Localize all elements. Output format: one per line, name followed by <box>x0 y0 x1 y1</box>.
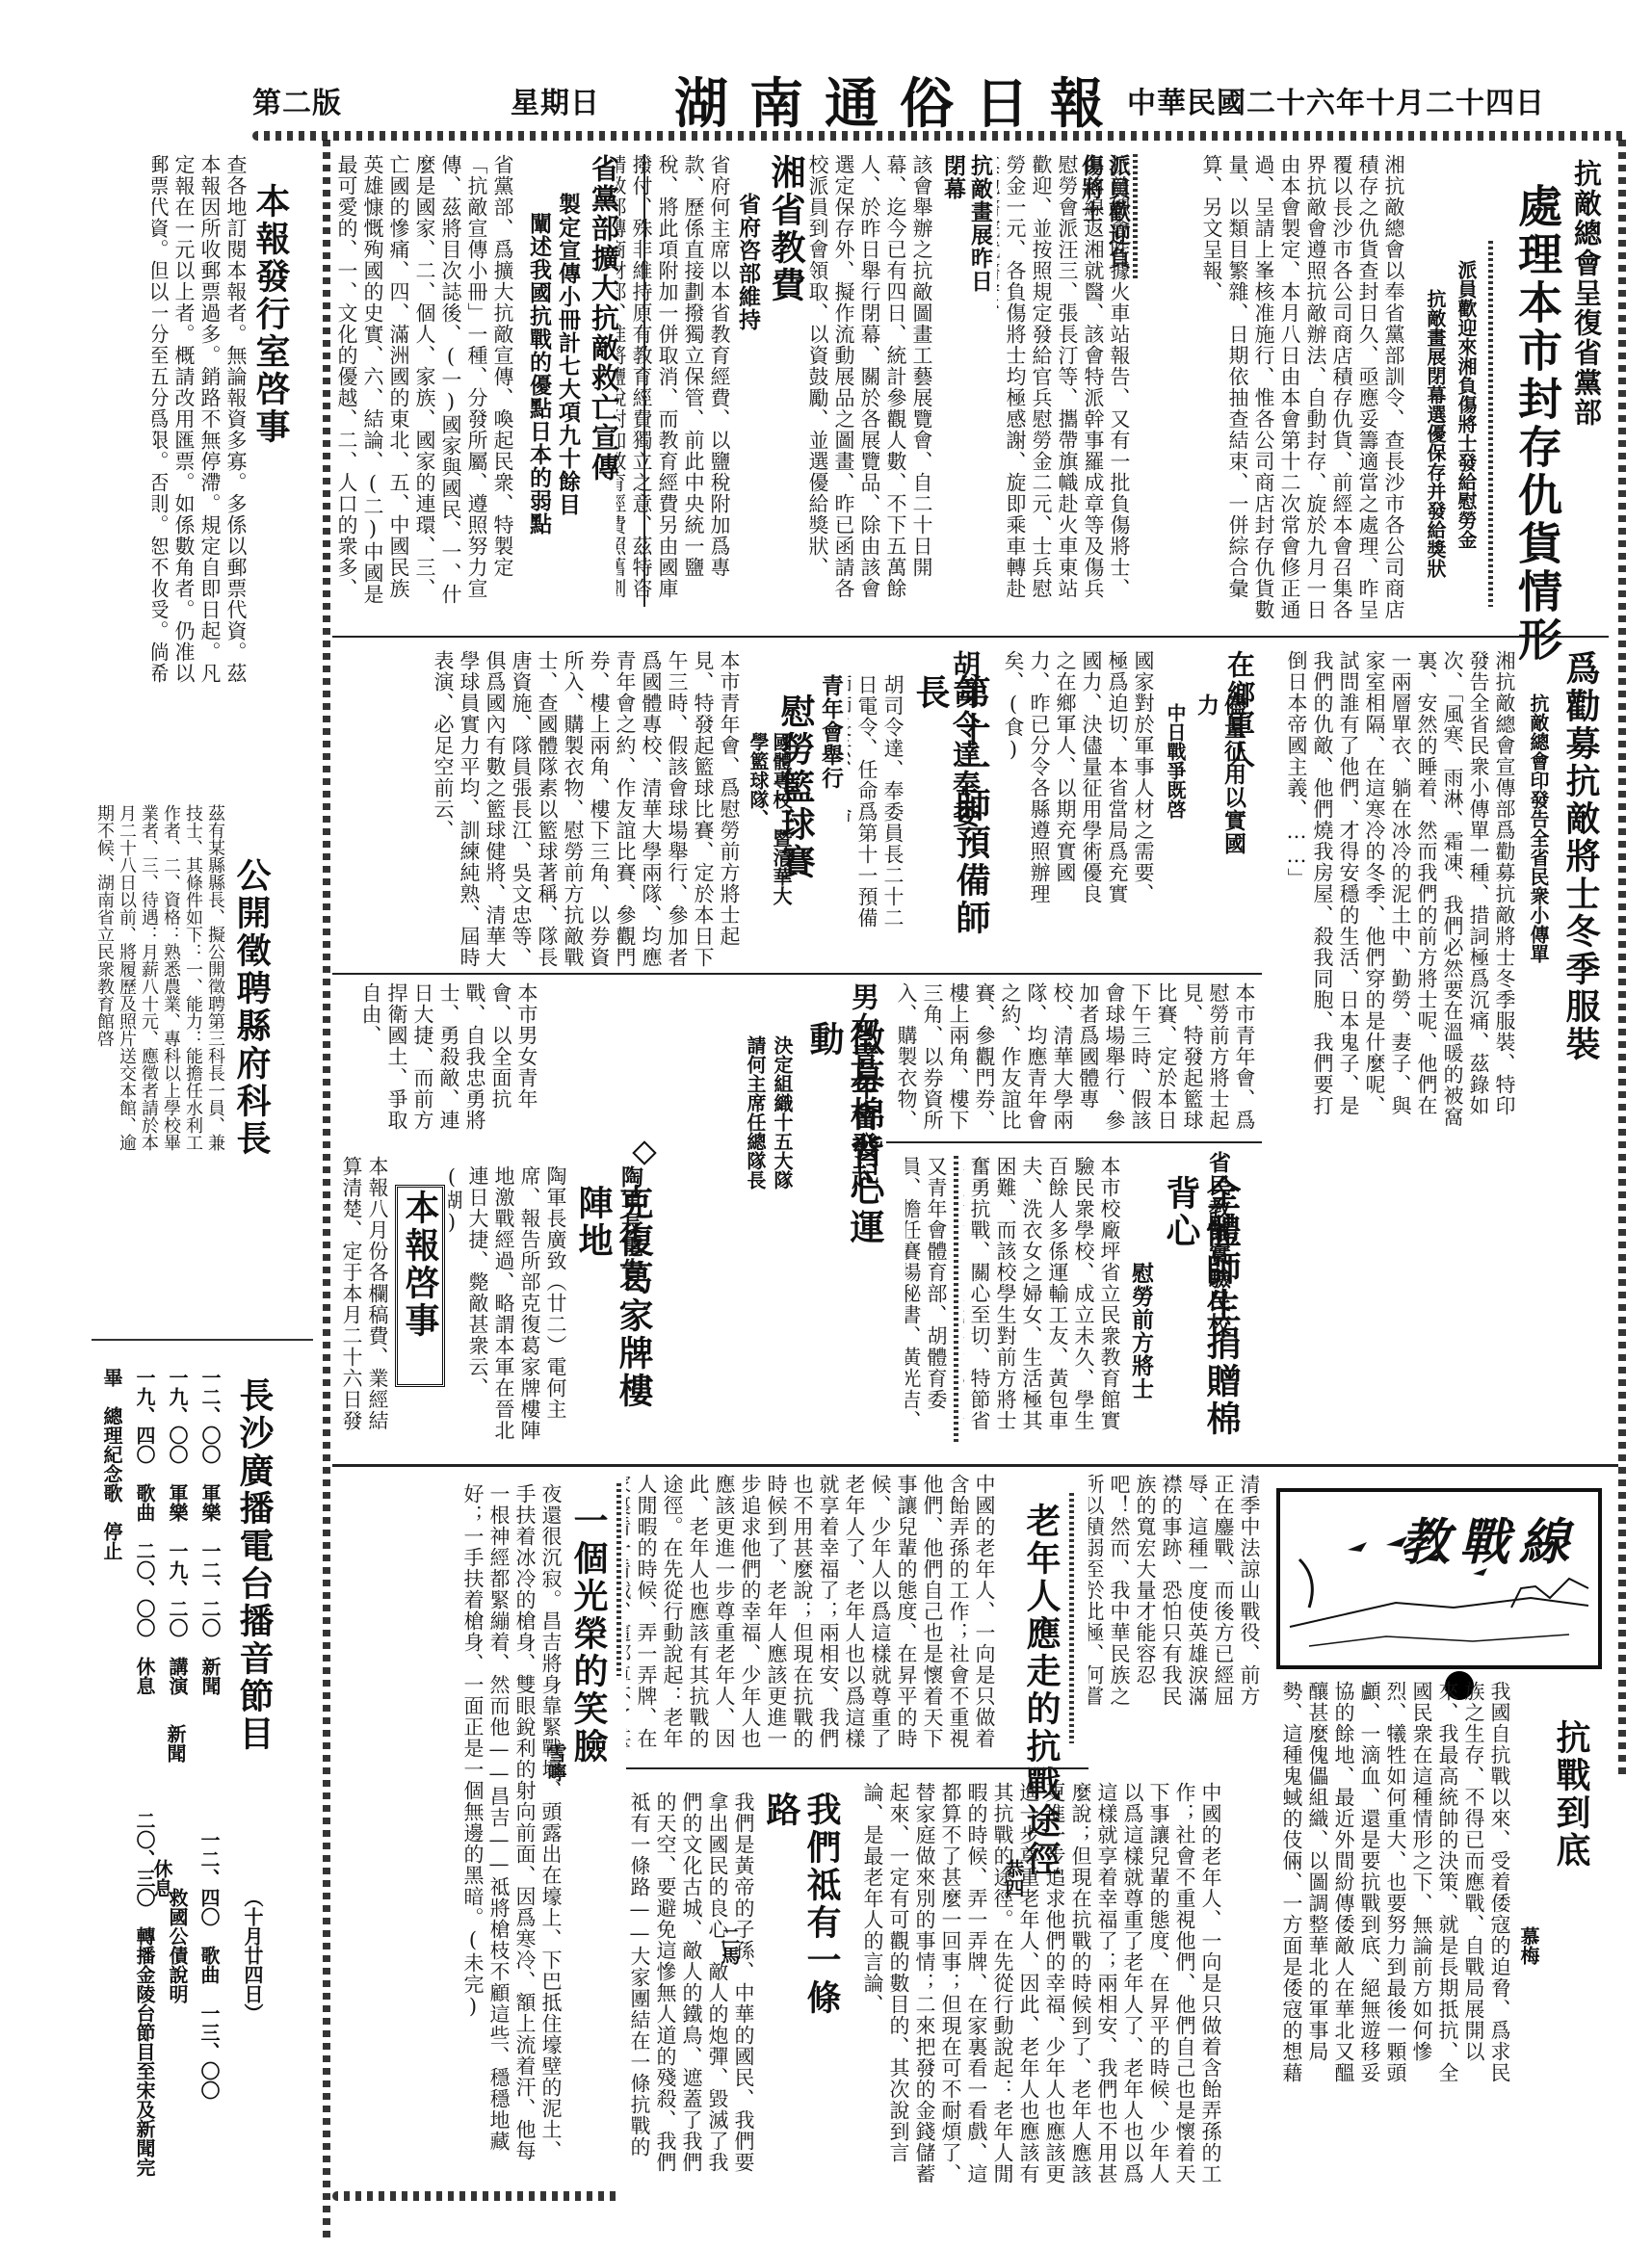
frame-right-border <box>1618 140 1626 1777</box>
divider <box>1133 154 1138 279</box>
cotton-vest-subhead: 決定組織十五大隊 <box>771 1035 794 1276</box>
diamond-ornament <box>632 1140 656 1164</box>
war-illustration: 教戰線 <box>1276 1488 1602 1669</box>
radio-row-bond: 救國公債說明 <box>166 1888 189 2080</box>
section-divider <box>332 1464 1618 1467</box>
dotted-divider <box>643 154 645 607</box>
weekday-label: 星期日 <box>511 79 600 121</box>
notice-fees-body: 本報八月份各欄稿費、業經結算清楚、定于本月二十六日發放、屆時希各通訊社暨副刊、惠… <box>337 1156 390 1445</box>
teachers-students-headline: 全體師生捐贈棉背心 <box>1161 1175 1242 1454</box>
cotton-vest-subhead-2: 請何主席任總隊長 <box>744 1035 767 1276</box>
divider <box>1488 241 1493 607</box>
reserve-division-headline: 第十一師預備師長 <box>910 674 991 963</box>
one-road-body: 我們是黃帝的子孫、中華的國民、我們要拿出國民的良心！敵人的炮彈、毀滅了我們的文化… <box>626 1792 756 2177</box>
cotton-vest-headline: 徵募棉背心運動 <box>804 1021 885 1262</box>
radio-row: 一九、〇〇 軍樂 一九、二〇 講演 <box>166 1368 189 1695</box>
frame-bottom-border <box>332 2191 621 2201</box>
section-divider <box>886 1141 1262 1143</box>
propaganda-subhead-2: 闡述我國抗戰的優點日本的弱點 <box>525 212 552 636</box>
section-divider <box>626 1767 1088 1769</box>
radio-row: 一九、四〇 歌曲 二〇、〇〇 休息 <box>133 1368 156 1695</box>
teachers-students-body: 本市校廠坪省立民衆教育館實驗民衆學校、成立未久、學生百餘人多係運輸工友、黃包車夫… <box>963 1156 1122 1445</box>
fight-to-end-headline: 抗戰到底 <box>1551 1719 1591 2085</box>
winter-clothing-headline: 爲勸募抗敵將士冬季服裝 <box>1560 650 1601 1112</box>
education-funds-body: 省府何主席以本省教育經費、以鹽稅附加爲專款、歷係直接劃撥獨立保管、前此中央統一鹽… <box>616 154 732 607</box>
propaganda-headline: 省黨部擴大抗敵救亡宣傳 <box>588 154 620 616</box>
one-road-headline: 我們祗有一條路 <box>761 1792 842 2032</box>
divider <box>954 1156 958 1445</box>
education-funds-headline: 湘省教費 <box>766 154 806 337</box>
edition-label: 第二版 <box>252 79 342 121</box>
propaganda-body: 省黨部、爲擴大抗敵宣傳、喚起民衆、特製定「抗敵宣傳小冊」一種、分發所屬、遵照努力… <box>337 154 515 607</box>
circulation-notice-title: 本報發行室啓事 <box>250 183 291 530</box>
fight-to-end-author: 慕梅 <box>1517 1926 1540 1984</box>
recruitment-body: 茲有某縣縣長、擬公開徵聘第三科長一員、兼技士、其條件如下：一、能力：能擔任水利工… <box>92 804 226 1161</box>
youth-association-body: 又青年會體育部、胡體育委員、擔任賽場秘書、黃光吉、劉南山、潘叔葵、張長澄、李漢英… <box>905 1156 949 1445</box>
circulation-notice-body: 查各地訂閱本報者。無論報資多寡。多係以郵票代資。茲本報因所收郵票過多。銷路不無停… <box>152 154 249 693</box>
glorious-smile-body: 夜還很沉寂。昌吉將身靠緊戰壕、頭露出在壕上、下巴抵住壕壁的泥土、手扶着冰冷的槍身… <box>337 1483 564 2177</box>
newspaper-title: 湖南通俗日報 <box>674 62 1125 139</box>
recruitment-title: 公開徵聘縣府科長 <box>231 857 272 1223</box>
divider <box>92 1339 313 1341</box>
wounded-soldiers-body: 抗敵總會昨據火車站報告、又有一批負傷將士、由前線返湘就醫、該會特派幹事羅成章等及… <box>997 154 1132 607</box>
propaganda-subhead: 製定宣傳小冊計七大項九十餘目 <box>554 193 581 616</box>
winter-clothing-subhead: 抗敵總會印發告全省民衆小傳單 <box>1527 693 1550 1108</box>
section-divider <box>332 636 1609 638</box>
issue-date: 中華民國二十六年十月二十四日 <box>1127 79 1545 121</box>
reserve-division-body: 胡司令達、奉委員長二十二日電令、任命爲第十一預備師師長云、(命) <box>848 674 905 944</box>
radio-row-2030: 二〇、三〇 轉播金陵台節目至宋及新聞完 <box>133 1811 156 2215</box>
general-tao-headline: 克復葛家牌樓陣地 <box>573 1185 654 1426</box>
basketball-subhead: 國體專校、暨清華大學籃球隊、 <box>747 732 793 905</box>
radio-row: 畢 總理紀念歌 停止 <box>100 1368 123 1560</box>
basketball-kicker: 青年會舉行 <box>817 674 844 828</box>
enemy-goods-subhead-2: 抗敵畫展閉幕選優保存并發給獎狀 <box>1424 289 1447 645</box>
rural-soldiers-headline: 儘量征用以實國力 <box>1193 693 1246 867</box>
glorious-smile-headline: 一個光榮的笑臉 <box>568 1503 609 1792</box>
sino-french-note-body: 清季中法諒山戰役、前方正在鏖戰、而後方已經屈辱、這種一度使英雄淚滿襟的事跡、恐怕… <box>1088 1474 1262 1714</box>
rural-soldiers-subhead: 中日戰爭既啓 <box>1164 703 1187 819</box>
frame-left-border <box>323 140 330 2239</box>
enemy-goods-subhead-1: 派員歡迎來湘負傷將士發給慰勞金 <box>1455 260 1478 616</box>
divider <box>616 1483 621 1676</box>
radio-row-news: 新聞 <box>164 1724 187 1878</box>
cotton-vest-body: 本市男女青年會、以全面抗戰、自我忠勇將士、勇殺敵、連日大捷、而前方捍衛國土、爭取… <box>337 982 539 1137</box>
radio-station-title: 長沙廣播電台播音節目 <box>234 1377 275 1878</box>
rural-soldiers-body: 國家對於軍事人材之需要、極爲迫切、本省當局爲充實國力、決儘量征用學術優良之在鄉軍… <box>992 650 1156 920</box>
winter-clothing-body: 湘抗敵總會宣傳部爲勸募抗敵將士冬季服裝、特印發告全省民衆小傳單一種、措詞極爲沉痛… <box>1272 650 1517 1132</box>
enemy-goods-body: 湘抗敵總會以奉省黨部訓令、查長沙市各公司商店積存之仇貨查封日久、亟應妥籌適當之處… <box>1146 154 1406 626</box>
art-exhibit-headline: 抗敵畫展昨日閉幕 <box>939 154 993 299</box>
general-tao-body: 陶軍長廣致（廿二）電何主席、報告所部克復葛家牌樓陣地激戰經過、略謂本軍在晉北連日… <box>448 1165 568 1454</box>
radio-date: （十月廿四日） <box>241 1888 264 2042</box>
elderly-body-continued: 中國的老年人、一向是只做着含飴弄孫的工作；社會不重視他們、他們自己也是懷着天下事… <box>800 1782 1223 2186</box>
section-divider <box>332 973 1262 975</box>
elderly-body: 中國的老年人、一向是只做着含飴弄孫的工作；社會不重視他們、他們自己也是懷着天下事… <box>626 1474 997 1763</box>
fight-to-end-body: 我國自抗戰以來、受着倭寇的迫脅、爲求民族之生存、不得已而應戰、自戰局展開以來、我… <box>1276 1681 1512 2095</box>
teachers-students-subhead: 慰勞前方將士 <box>1127 1262 1154 1483</box>
notice-fees-headline: 本報啓事 <box>395 1185 445 1387</box>
art-exhibit-body: 該會舉辦之抗敵圖畫工藝展覽會、自二十日開幕、迄今已有四日、統計參觀人數、不下五萬… <box>804 154 934 607</box>
radio-row: 一二、〇〇 軍樂 一二、二〇 新聞 <box>198 1368 222 1695</box>
enemy-goods-kicker: 抗敵總會呈復省黨部 <box>1570 159 1603 544</box>
divider <box>1069 1493 1074 1743</box>
education-funds-subhead: 省府咨部維持 <box>734 193 761 366</box>
basketball-body: 本市青年會、爲慰勞前方將士起見、特發起籃球比賽、定於本日下午三時、假該會球場舉行… <box>337 650 742 968</box>
enemy-goods-headline: 處理本市封存仇貨情形 <box>1512 183 1562 722</box>
basketball-body-continued: 本市青年會、爲慰勞前方將士起見、特發起籃球比賽、定於本日下午三時、假該會球場舉行… <box>891 982 1257 1137</box>
masthead-divider <box>252 131 1628 141</box>
newspaper-page: 第二版 星期日 湖南通俗日報 中華民國二十六年十月二十四日 本報發行室啓事 查各… <box>0 0 1652 2250</box>
radio-row-1240: 一二、四〇 歌曲 一三、〇〇 <box>197 1830 221 2119</box>
landscape-drawing-icon <box>1280 1492 1598 1665</box>
